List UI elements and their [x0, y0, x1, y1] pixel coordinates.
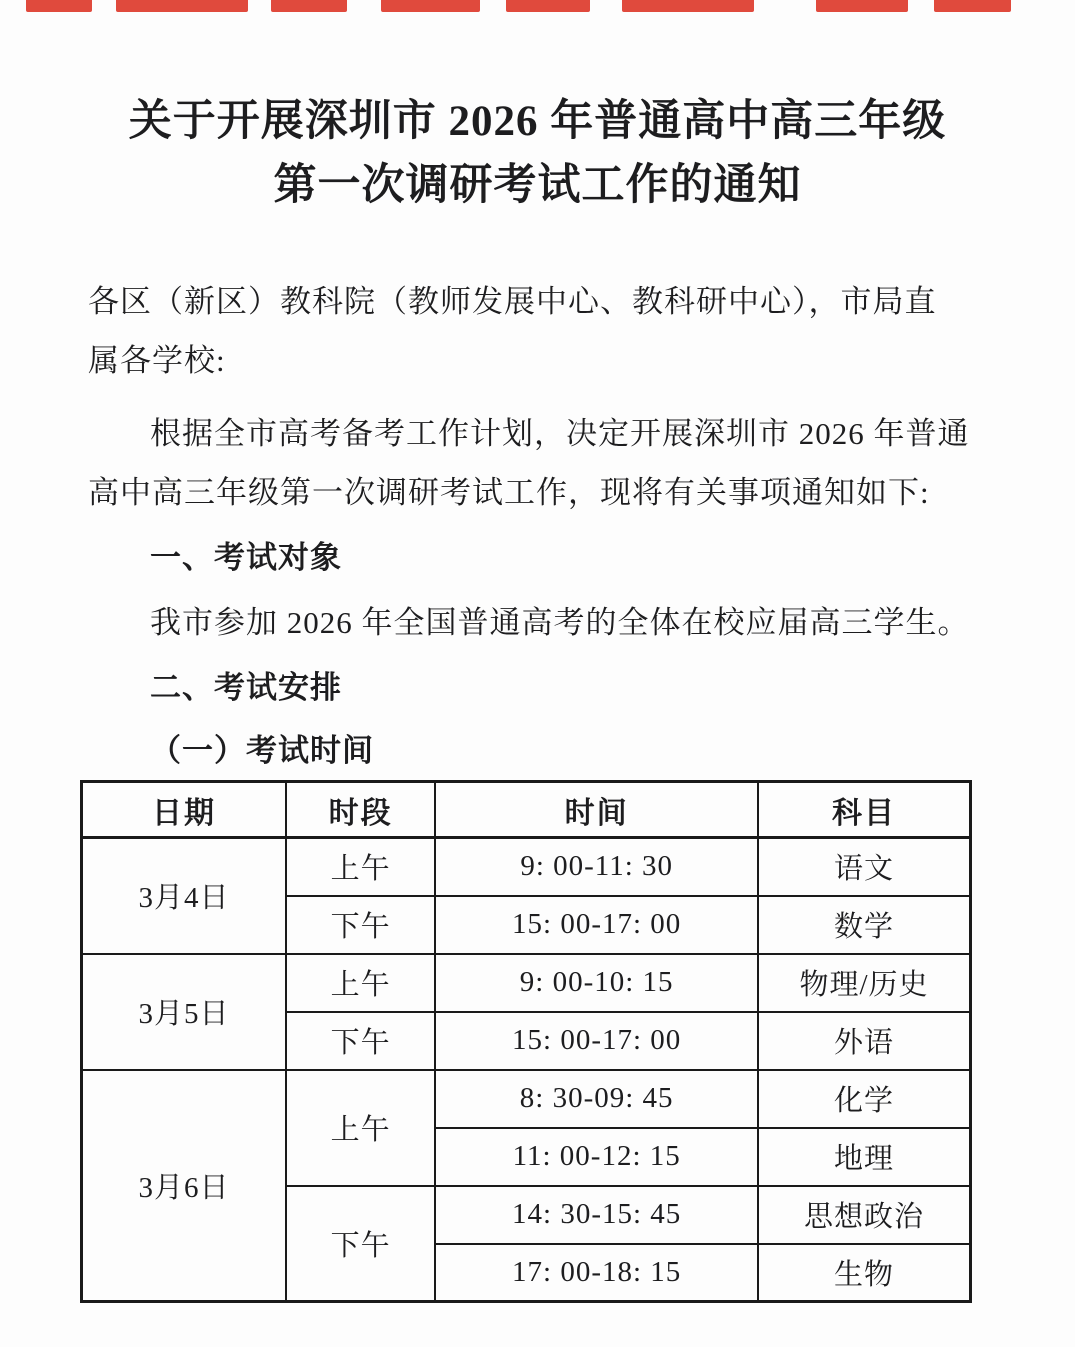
table-header-row: 日期 时段 时间 科目	[82, 782, 971, 838]
intro-line2: 高中高三年级第一次调研考试工作，现将有关事项通知如下:	[88, 463, 987, 522]
period-cell: 下午	[286, 896, 435, 954]
red-artifact-segment	[381, 0, 480, 12]
red-artifact-segment	[26, 0, 92, 12]
document-body: 各区（新区）教科院（教师发展中心、教科研中心），市局直 属各学校: 根据全市高考…	[0, 272, 1075, 1303]
subject-cell: 化学	[758, 1070, 970, 1128]
time-cell: 15: 00-17: 00	[435, 896, 758, 954]
subject-cell: 物理/历史	[758, 954, 970, 1012]
period-cell: 下午	[286, 1012, 435, 1070]
subject-cell: 地理	[758, 1128, 970, 1186]
exam-schedule-table: 日期 时段 时间 科目 3月4日 上午 9: 00-11: 30 语文 下午 1…	[80, 780, 972, 1303]
period-cell: 上午	[286, 838, 435, 896]
intro-paragraph: 根据全市高考备考工作计划，决定开展深圳市 2026 年普通 高中高三年级第一次调…	[88, 404, 987, 522]
subject-cell: 外语	[758, 1012, 970, 1070]
time-cell: 8: 30-09: 45	[435, 1070, 758, 1128]
recipients-line1: 各区（新区）教科院（教师发展中心、教科研中心），市局直	[88, 272, 987, 331]
header-time: 时间	[435, 782, 758, 838]
subject-cell: 思想政治	[758, 1186, 970, 1244]
document-page: 关于开展深圳市 2026 年普通高中高三年级 第一次调研考试工作的通知 各区（新…	[0, 0, 1075, 1347]
period-cell: 上午	[286, 1070, 435, 1186]
document-title-line2: 第一次调研考试工作的通知	[0, 154, 1075, 218]
date-cell: 3月5日	[82, 954, 286, 1070]
document-title-line1: 关于开展深圳市 2026 年普通高中高三年级	[0, 90, 1075, 154]
section-1-body: 我市参加 2026 年全国普通高考的全体在校应届高三学生。	[88, 593, 987, 652]
intro-line1: 根据全市高考备考工作计划，决定开展深圳市 2026 年普通	[88, 404, 987, 463]
time-cell: 15: 00-17: 00	[435, 1012, 758, 1070]
document-title: 关于开展深圳市 2026 年普通高中高三年级 第一次调研考试工作的通知	[0, 0, 1075, 218]
header-period: 时段	[286, 782, 435, 838]
time-cell: 17: 00-18: 15	[435, 1244, 758, 1302]
time-cell: 14: 30-15: 45	[435, 1186, 758, 1244]
section-2-heading: 二、考试安排	[88, 658, 987, 717]
time-cell: 9: 00-10: 15	[435, 954, 758, 1012]
date-cell: 3月6日	[82, 1070, 286, 1302]
section-1-heading: 一、考试对象	[88, 528, 987, 587]
header-date: 日期	[82, 782, 286, 838]
red-artifact-segment	[116, 0, 248, 12]
red-artifact-segment	[816, 0, 908, 12]
section-2-sub1-heading: （一）考试时间	[88, 721, 987, 780]
red-artifact-segment	[622, 0, 754, 12]
table-row: 3月5日 上午 9: 00-10: 15 物理/历史	[82, 954, 971, 1012]
cropped-red-text-artifact	[0, 0, 1075, 14]
subject-cell: 数学	[758, 896, 970, 954]
subject-cell: 语文	[758, 838, 970, 896]
table-row: 3月6日 上午 8: 30-09: 45 化学	[82, 1070, 971, 1128]
subject-cell: 生物	[758, 1244, 970, 1302]
time-cell: 11: 00-12: 15	[435, 1128, 758, 1186]
table-row: 3月4日 上午 9: 00-11: 30 语文	[82, 838, 971, 896]
red-artifact-segment	[506, 0, 590, 12]
date-cell: 3月4日	[82, 838, 286, 954]
recipients-paragraph: 各区（新区）教科院（教师发展中心、教科研中心），市局直 属各学校:	[88, 272, 987, 390]
red-artifact-segment	[271, 0, 347, 12]
period-cell: 下午	[286, 1186, 435, 1302]
header-subject: 科目	[758, 782, 970, 838]
recipients-line2: 属各学校:	[88, 331, 987, 390]
period-cell: 上午	[286, 954, 435, 1012]
red-artifact-segment	[934, 0, 1011, 12]
time-cell: 9: 00-11: 30	[435, 838, 758, 896]
